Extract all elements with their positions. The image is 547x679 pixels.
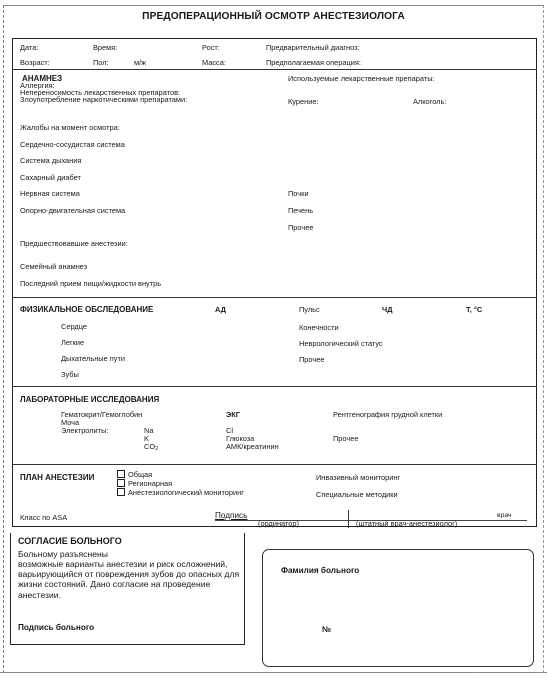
cardio-label[interactable]: Сердечно-сосудистая система [20, 141, 125, 150]
time-label[interactable]: Время: [93, 44, 117, 53]
divider [12, 69, 537, 70]
airways-label[interactable]: Дыхательные пути [61, 355, 125, 364]
last-intake-label[interactable]: Последний прием пищи/жидкости внутрь [20, 280, 161, 289]
complaints-label[interactable]: Жалобы на момент осмотра: [20, 124, 120, 133]
option-label: Анестезиологический мониторинг [128, 488, 244, 497]
age-label[interactable]: Возраст: [20, 59, 50, 68]
consent-text: Больному разъяснены возможные варианты а… [18, 549, 240, 600]
height-label[interactable]: Рост: [202, 44, 220, 53]
signature-label[interactable]: Подпись [215, 511, 247, 520]
respiratory-label[interactable]: Система дыхания [20, 157, 81, 166]
patient-number-label[interactable]: № [322, 625, 331, 634]
checkbox-general[interactable] [117, 470, 125, 478]
resident-label: (ординатор) [258, 520, 299, 529]
page-bottom-edge [0, 672, 547, 673]
other-label[interactable]: Прочее [299, 356, 324, 365]
neuro-label[interactable]: Неврологический статус [299, 340, 383, 349]
bp-label[interactable]: АД [215, 306, 226, 315]
planned-operation-label[interactable]: Предполагаемая операция: [266, 59, 361, 68]
consent-body: возможные варианты анестезии и риск осло… [18, 559, 240, 600]
prev-anesthesia-label[interactable]: Предшествовавшие анестезии: [20, 240, 128, 249]
rr-label[interactable]: ЧД [382, 306, 392, 315]
asa-class-label[interactable]: Класс по ASA [20, 514, 67, 523]
option-label: Регионарная [128, 479, 172, 488]
invasive-monitoring-label[interactable]: Инвазивный мониторинг [316, 474, 400, 483]
temp-label[interactable]: Т, °С [466, 306, 482, 315]
divider [12, 464, 537, 465]
staff-anesthesiologist-label: (штатный врач-анестезиолог) [356, 520, 457, 529]
diabetes-label[interactable]: Сахарный диабет [20, 174, 81, 183]
patient-signature-label[interactable]: Подпись больного [18, 623, 94, 632]
option-label: Общая [128, 470, 152, 479]
nervous-label[interactable]: Нервная система [20, 190, 80, 199]
sex-label[interactable]: Пол: [93, 59, 109, 68]
form-title: ПРЕДОПЕРАЦИОННЫЙ ОСМОТР АНЕСТЕЗИОЛОГА [0, 11, 547, 22]
other-label[interactable]: Прочее [288, 224, 313, 233]
physical-heading: ФИЗИКАЛЬНОЕ ОБСЛЕДОВАНИЕ [20, 305, 153, 314]
prelim-diagnosis-label[interactable]: Предварительный диагноз: [266, 44, 360, 53]
checkbox-regional[interactable] [117, 479, 125, 487]
lab-heading: ЛАБОРАТОРНЫЕ ИССЛЕДОВАНИЯ [20, 395, 159, 404]
family-history-label[interactable]: Семейный анамнез [20, 263, 87, 272]
xray-label[interactable]: Рентгенография грудной клетки [333, 411, 442, 420]
limbs-label[interactable]: Конечности [299, 324, 339, 333]
weight-label[interactable]: Масса: [202, 59, 226, 68]
co2-base: CO [144, 442, 155, 451]
teeth-label[interactable]: Зубы [61, 371, 79, 380]
plan-heading: ПЛАН АНЕСТЕЗИИ [20, 473, 94, 482]
sex-options[interactable]: м/ж [134, 59, 146, 68]
electrolytes-label[interactable]: Электролиты: [61, 427, 108, 436]
smoking-label[interactable]: Курение: [288, 98, 319, 107]
drug-abuse-label[interactable]: Злоупотребление наркотическими препарата… [20, 96, 187, 105]
lungs-label[interactable]: Легкие [61, 339, 84, 348]
kidneys-label[interactable]: Почки [288, 190, 308, 199]
ecg-label[interactable]: ЭКГ [226, 411, 240, 420]
heart-label[interactable]: Сердце [61, 323, 87, 332]
bun-label[interactable]: АМК/креатинин [226, 443, 279, 452]
divider [12, 386, 537, 387]
divider [12, 297, 537, 298]
consent-line1: Больному разъяснены [18, 549, 240, 559]
liver-label[interactable]: Печень [288, 207, 313, 216]
co2-subscript: 2 [155, 446, 158, 452]
consent-heading: СОГЛАСИЕ БОЛЬНОГО [18, 536, 122, 546]
plan-option-monitoring[interactable]: Анестезиологический мониторинг [117, 489, 244, 498]
signature-separator [348, 510, 349, 528]
co2-label[interactable]: CO2 [144, 443, 158, 452]
musculoskeletal-label[interactable]: Опорно-двигательная система [20, 207, 125, 216]
alcohol-label[interactable]: Алкоголь: [413, 98, 446, 107]
doctor-label: врач [497, 512, 512, 520]
special-methods-label[interactable]: Специальные методики [316, 491, 398, 500]
pulse-label[interactable]: Пульс [299, 306, 320, 315]
other-label[interactable]: Прочее [333, 435, 358, 444]
patient-surname-label[interactable]: Фамилия больного [281, 566, 359, 575]
checkbox-monitoring[interactable] [117, 488, 125, 496]
date-label[interactable]: Дата: [20, 44, 38, 53]
current-meds-label[interactable]: Используемые лекарственные препараты: [288, 75, 435, 84]
